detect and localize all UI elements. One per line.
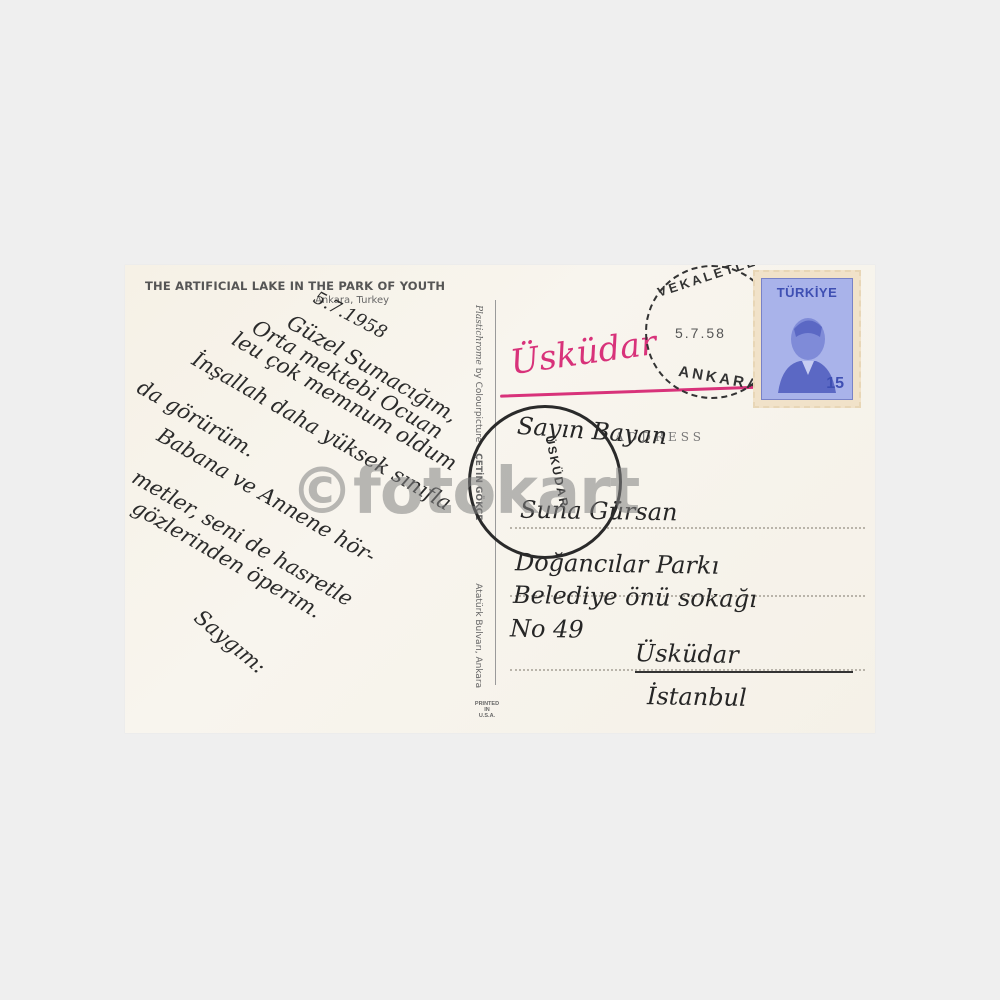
- recipient-line: No 49: [510, 614, 584, 643]
- stamp-value: 15: [826, 375, 844, 393]
- postage-stamp: TÜRKİYE 15: [753, 270, 861, 408]
- recipient-line: İstanbul: [647, 682, 747, 712]
- publisher-address: Atatürk Bulvarı, Ankara: [473, 583, 483, 688]
- stamp-country: TÜRKİYE: [762, 285, 852, 300]
- city-underline: [635, 671, 853, 673]
- postcard-back: THE ARTIFICIAL LAKE IN THE PARK OF YOUTH…: [125, 265, 875, 733]
- message-line: Orta mektebi Ocuan: [248, 315, 447, 444]
- stamp-face: TÜRKİYE 15: [761, 278, 853, 400]
- publisher-brand-suffix: by Colourpicture: [473, 368, 483, 443]
- message-line: Saygım:: [190, 605, 271, 679]
- printed-mark-line: U.S.A.: [465, 713, 509, 719]
- postmark-ankara-date: 5.7.58: [675, 325, 726, 341]
- watermark: ©fotokart: [290, 455, 639, 529]
- caption-title: THE ARTIFICIAL LAKE IN THE PARK OF YOUTH: [145, 279, 445, 293]
- recipient-line: Belediye önü sokağı: [513, 581, 757, 613]
- pink-annotation: Üsküdar: [508, 323, 659, 383]
- publisher-brand: Plastichrome: [473, 305, 483, 365]
- printed-in-usa-mark: PRINTED IN U.S.A.: [465, 701, 509, 719]
- recipient-line: Üsküdar: [635, 639, 739, 669]
